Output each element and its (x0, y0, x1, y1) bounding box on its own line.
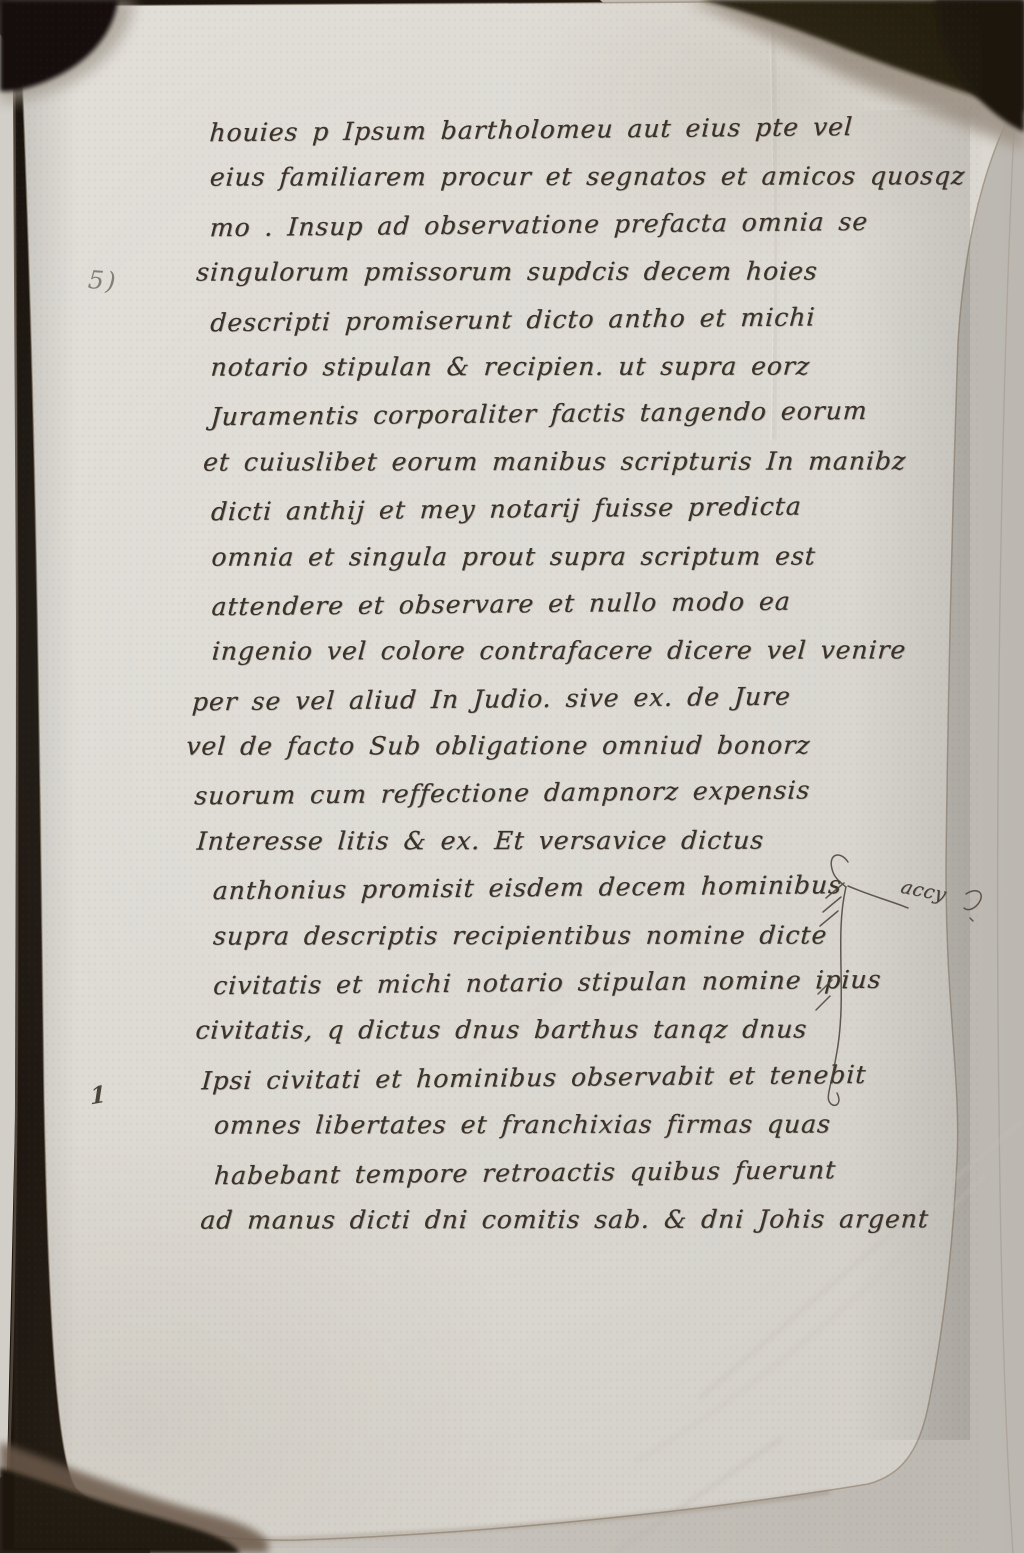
manuscript-text-line: houies p Ipsum bartholomeu aut eius pte … (208, 103, 891, 157)
margin-folio-mark: 5) (87, 265, 119, 296)
manuscript-text-line: Interesse litis & ex. Et versavice dictu… (195, 816, 894, 865)
manuscript-text-line: civitatis, q dictus dnus barthus tanqz d… (194, 1006, 895, 1055)
manuscript-text-line: supra descriptis recipientibus nomine di… (212, 911, 895, 960)
manuscript-text-line: eius familiarem procur et segnatos et am… (208, 153, 891, 202)
manuscript-text-line: civitatis et michi notario stipulan nomi… (212, 956, 895, 1010)
manuscript-text-line: vel de facto Sub obligatione omniud bono… (185, 722, 894, 771)
manuscript-text-line: habebant tempore retroactis quibus fueru… (213, 1145, 896, 1199)
manuscript-text-line: attendere et observare et nullo modo ea (210, 577, 893, 631)
margin-item-mark: 1 (90, 1080, 107, 1110)
manuscript-text-line: Ipsi civitati et hominibus observabit et… (200, 1051, 895, 1105)
manuscript-text-line: suorum cum reffectione dampnorz expensis (193, 766, 894, 820)
manuscript-text-line: dicti anthij et mey notarij fuisse predi… (210, 482, 893, 536)
manuscript-text-line: singulorum pmissorum supdcis decem hoies (195, 248, 892, 297)
page-left-shading (18, 40, 78, 1480)
manuscript-text-line: notario stipulan & recipien. ut supra eo… (209, 342, 892, 391)
manuscript-text-line: Juramentis corporaliter factis tangendo … (209, 387, 892, 441)
manuscript-text-line: mo . Insup ad observatione prefacta omni… (208, 198, 891, 252)
manuscript-text-line: omnia et singula prout supra scriptum es… (210, 532, 893, 581)
manuscript-photo: houies p Ipsum bartholomeu aut eius pte … (0, 0, 1024, 1553)
manuscript-text-line: et cuiuslibet eorum manibus scripturis I… (202, 437, 893, 486)
manuscript-text-line: per se vel aliud In Judio. sive ex. de J… (191, 671, 894, 725)
manuscript-text-line: ad manus dicti dni comitis sab. & dni Jo… (199, 1195, 896, 1244)
manuscript-text-line: descripti promiserunt dicto antho et mic… (209, 292, 892, 346)
manuscript-text-block: houies p Ipsum bartholomeu aut eius pte … (210, 105, 895, 1245)
manuscript-text-line: anthonius promisit eisdem decem hominibu… (211, 861, 894, 915)
manuscript-text-line: ingenio vel colore contrafacere dicere v… (210, 627, 893, 676)
manuscript-text-line: omnes libertates et franchixias firmas q… (212, 1101, 895, 1150)
